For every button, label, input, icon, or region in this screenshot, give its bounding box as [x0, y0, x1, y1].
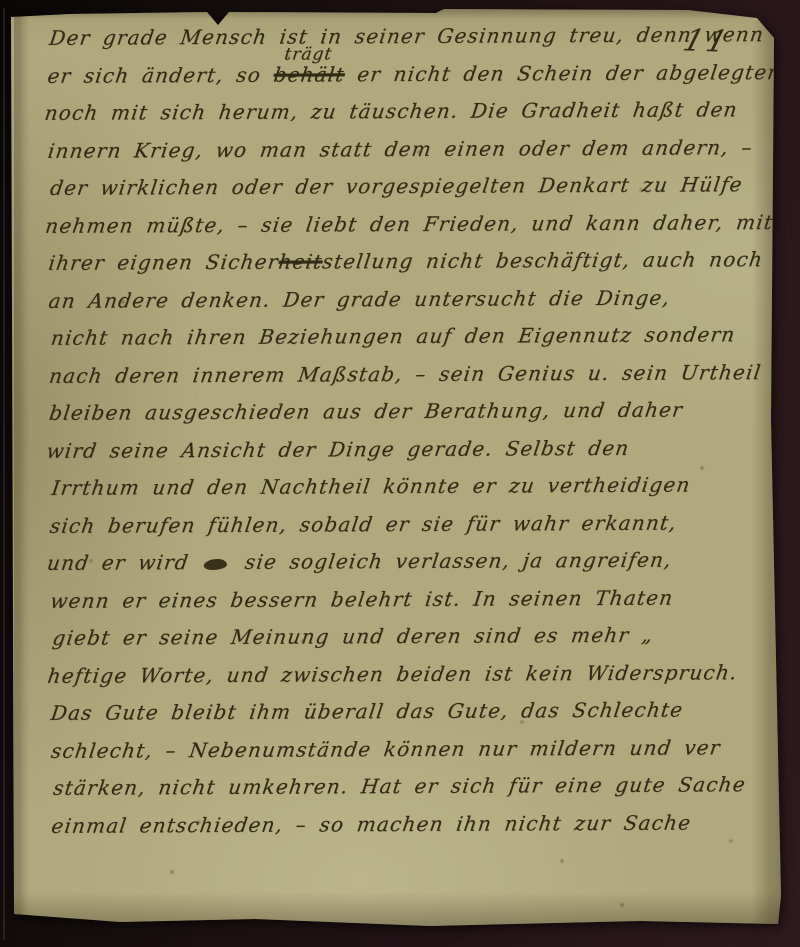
manuscript-line: Irrthum und den Nachtheil könnte er zu v…	[48, 472, 767, 513]
text-segment: sich berufen fühlen, sobald er sie für w…	[48, 510, 678, 537]
manuscript-line: der wirklichen oder der vorgespiegelten …	[47, 172, 766, 213]
manuscript-line: Der grade Mensch ist in seiner Gesinnung…	[46, 22, 765, 63]
page-top-edge-shading	[0, 8, 800, 19]
text-segment: ihrer eignen Sicher	[47, 250, 280, 275]
manuscript-line: noch mit sich herum, zu täuschen. Die Gr…	[41, 97, 765, 138]
text-segment: sie sogleich verlassen, ja angreifen,	[231, 548, 674, 574]
manuscript-line: und er wird sie sogleich verlassen, ja a…	[44, 547, 768, 588]
correction-group: behältträgt	[272, 62, 346, 86]
manuscript-line: Das Gute bleibt ihm überall das Gute, da…	[48, 697, 769, 738]
text-segment: Das Gute bleibt ihm überall das Gute, da…	[49, 698, 685, 725]
manuscript-line: er sich ändert, so behältträgt er nicht …	[44, 60, 765, 101]
page-bottom-edge-shading	[0, 892, 800, 928]
text-segment: noch mit sich herum, zu täuschen. Die Gr…	[43, 97, 739, 125]
manuscript-line: sich berufen fühlen, sobald er sie für w…	[47, 510, 768, 551]
text-segment: bleiben ausgeschieden aus der Berathung,…	[48, 398, 685, 425]
text-segment: stellung nicht beschäftigt, auch noch	[321, 247, 765, 273]
text-segment: heftige Worte, und zwischen beiden ist k…	[46, 660, 739, 688]
inserted-word: trägt	[283, 46, 333, 63]
manuscript-line: nach deren innerem Maßstab, – sein Geniu…	[46, 360, 767, 401]
manuscript-line: ihrer eignen Sicherheitstellung nicht be…	[45, 247, 766, 288]
manuscript-line: giebt er seine Meinung und deren sind es…	[49, 622, 768, 663]
text-segment: wird seine Ansicht der Dinge gerade. Sel…	[45, 435, 631, 462]
text-segment: Der grade Mensch ist in seiner Gesinnung…	[48, 22, 766, 50]
text-segment: schlecht, – Nebenumstände können nur mil…	[50, 735, 723, 763]
manuscript-line: nehmen müßte, – sie liebt den Frieden, u…	[42, 210, 766, 251]
manuscript-line: innern Krieg, wo man statt dem einen ode…	[45, 135, 766, 176]
text-segment: Irrthum und den Nachtheil könnte er zu v…	[50, 472, 692, 499]
manuscript-line: einmal entschieden, – so machen ihn nich…	[48, 810, 769, 851]
text-segment: wenn er eines bessern belehrt ist. In se…	[49, 585, 675, 612]
manuscript-text: Der grade Mensch ist in seiner Gesinnung…	[44, 22, 764, 851]
manuscript-line: an Andere denken. Der grade untersucht d…	[45, 285, 766, 326]
page-binding-crease	[14, 0, 30, 947]
page-shadow-wrap: 11 Der grade Mensch ist in seiner Gesinn…	[0, 0, 800, 947]
manuscript-page: 11 Der grade Mensch ist in seiner Gesinn…	[0, 0, 800, 947]
text-segment: nach deren innerem Maßstab, – sein Geniu…	[48, 360, 763, 388]
text-segment: nicht nach ihren Beziehungen auf den Eig…	[49, 322, 737, 350]
text-segment: an Andere denken. Der grade untersucht d…	[47, 285, 672, 312]
manuscript-line: wenn er eines bessern belehrt ist. In se…	[47, 585, 768, 626]
text-segment: giebt er seine Meinung und deren sind es…	[51, 623, 655, 650]
manuscript-line: heftige Worte, und zwischen beiden ist k…	[44, 660, 768, 701]
text-segment: stärken, nicht umkehren. Hat er sich für…	[52, 772, 748, 800]
text-segment: der wirklichen oder der vorgespiegelten …	[49, 172, 745, 200]
strikethrough-word: heit	[277, 249, 324, 273]
text-segment: innern Krieg, wo man statt dem einen ode…	[46, 135, 754, 163]
manuscript-line: stärken, nicht umkehren. Hat er sich für…	[50, 772, 769, 813]
scan-background: 11 Der grade Mensch ist in seiner Gesinn…	[0, 0, 800, 947]
manuscript-line: schlecht, – Nebenumstände können nur mil…	[48, 735, 769, 776]
text-segment: nehmen müßte, – sie liebt den Frieden, u…	[44, 210, 775, 238]
ink-blot	[203, 559, 227, 570]
manuscript-line: bleiben ausgeschieden aus der Berathung,…	[46, 397, 767, 438]
text-segment: einmal entschieden, – so machen ihn nich…	[50, 810, 693, 837]
manuscript-line: nicht nach ihren Beziehungen auf den Eig…	[48, 322, 767, 363]
strikethrough-word: behält	[272, 62, 346, 86]
text-segment: er nicht den Schein der abgelegten	[343, 60, 783, 86]
text-segment: er sich ändert, so	[46, 62, 275, 87]
manuscript-line: wird seine Ansicht der Dinge gerade. Sel…	[43, 435, 767, 476]
text-segment: und er wird	[46, 550, 204, 575]
